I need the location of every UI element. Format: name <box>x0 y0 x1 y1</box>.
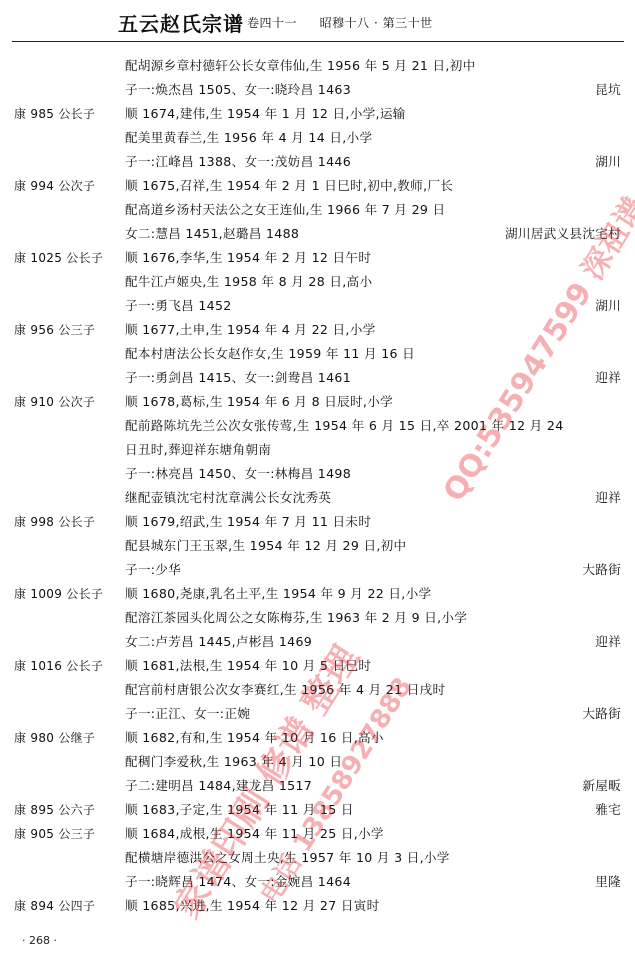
entry-line: 配前路陈坑先兰公次女张传莺,生 1954 年 6 月 15 日,卒 2001 年… <box>0 414 635 438</box>
genealogy-entries: 配胡源乡章村德轩公长女章伟仙,生 1956 年 5 月 21 日,初中子一:焕杰… <box>0 54 635 918</box>
entry-text: 顺 1681,法根,生 1954 年 10 月 5 日巳时 <box>125 654 371 678</box>
entry-text: 顺 1683,子定,生 1954 年 11 月 15 日 <box>125 798 354 822</box>
entry-text: 顺 1676,李华,生 1954 年 2 月 12 日午时 <box>125 246 371 270</box>
entry-text: 顺 1675,召祥,生 1954 年 2 月 1 日巳时,初中,教师,厂长 <box>125 174 453 198</box>
entry-text: 顺 1677,土申,生 1954 年 4 月 22 日,小学 <box>125 318 376 342</box>
residence-place: 迎祥 <box>595 486 621 510</box>
entry-text: 配前路陈坑先兰公次女张传莺,生 1954 年 6 月 15 日,卒 2001 年… <box>125 414 564 438</box>
entry-text: 子一:勇剑昌 1415、女一:剑鸯昌 1461 <box>125 366 351 390</box>
entry-text: 子一:勇飞昌 1452 <box>125 294 232 318</box>
entry-text: 子一:林亮昌 1450、女一:林梅昌 1498 <box>125 462 351 486</box>
entry-text: 配高道乡汤村天法公之女王连仙,生 1966 年 7 月 29 日 <box>125 198 445 222</box>
entry-line: 子一:勇飞昌 1452湖川 <box>0 294 635 318</box>
entry-text: 顺 1678,葛标,生 1954 年 6 月 8 日辰时,小学 <box>125 390 393 414</box>
volume-label: 卷四十一 <box>247 16 297 30</box>
entry-text: 顺 1682,有和,生 1954 年 10 月 16 日,高小 <box>125 726 384 750</box>
residence-place: 迎祥 <box>595 366 621 390</box>
entry-line: 子一:林亮昌 1450、女一:林梅昌 1498 <box>0 462 635 486</box>
entry-text: 女二:卢芳昌 1445,卢彬昌 1469 <box>125 630 312 654</box>
residence-place: 雅宅 <box>595 798 621 822</box>
father-reference: 康 1016 公长子 <box>14 654 103 678</box>
entry-text: 子二:建明昌 1484,建龙昌 1517 <box>125 774 312 798</box>
entry-line: 女二:慧昌 1451,赵璐昌 1488湖川居武义县沈宅村 <box>0 222 635 246</box>
father-reference: 康 905 公三子 <box>14 822 95 846</box>
residence-place: 新屋畈 <box>582 774 621 798</box>
entry-line: 配本村唐法公长女赵作女,生 1959 年 11 月 16 日 <box>0 342 635 366</box>
entry-text: 顺 1684,成根,生 1954 年 11 月 25 日,小学 <box>125 822 384 846</box>
father-reference: 康 980 公继子 <box>14 726 95 750</box>
father-reference: 康 1009 公长子 <box>14 582 103 606</box>
header-divider <box>12 41 624 42</box>
entry-text: 子一:江峰昌 1388、女一:茂妨昌 1446 <box>125 150 351 174</box>
entry-text: 配县城东门王玉翠,生 1954 年 12 月 29 日,初中 <box>125 534 406 558</box>
father-reference: 康 998 公长子 <box>14 510 95 534</box>
entry-text: 子一:晓辉昌 1474、女一:金婉昌 1464 <box>125 870 351 894</box>
entry-text: 配溶江茶园头化周公之女陈梅芬,生 1963 年 2 月 9 日,小学 <box>125 606 467 630</box>
entry-line: 子一:少华大路街 <box>0 558 635 582</box>
entry-text: 配美里黄春兰,生 1956 年 4 月 14 日,小学 <box>125 126 372 150</box>
residence-place: 湖川 <box>595 294 621 318</box>
residence-place: 大路街 <box>582 558 621 582</box>
entry-line: 康 895 公六子顺 1683,子定,生 1954 年 11 月 15 日雅宅 <box>0 798 635 822</box>
entry-line: 康 905 公三子顺 1684,成根,生 1954 年 11 月 25 日,小学 <box>0 822 635 846</box>
residence-place: 迎祥 <box>595 630 621 654</box>
father-reference: 康 1025 公长子 <box>14 246 103 270</box>
entry-line: 康 980 公继子顺 1682,有和,生 1954 年 10 月 16 日,高小 <box>0 726 635 750</box>
entry-text: 配牛江卢姬央,生 1958 年 8 月 28 日,高小 <box>125 270 372 294</box>
entry-line: 康 910 公次子顺 1678,葛标,生 1954 年 6 月 8 日辰时,小学 <box>0 390 635 414</box>
entry-text: 顺 1680,尧康,乳名土平,生 1954 年 9 月 22 日,小学 <box>125 582 431 606</box>
entry-text: 女二:慧昌 1451,赵璐昌 1488 <box>125 222 299 246</box>
entry-line: 子一:正江、女一:正婉大路街 <box>0 702 635 726</box>
entry-text: 配本村唐法公长女赵作女,生 1959 年 11 月 16 日 <box>125 342 415 366</box>
entry-text: 配横塘岸德洪公之女周土央,生 1957 年 10 月 3 日,小学 <box>125 846 450 870</box>
residence-place: 大路街 <box>582 702 621 726</box>
entry-text: 顺 1679,绍武,生 1954 年 7 月 11 日未时 <box>125 510 371 534</box>
entry-line: 子一:江峰昌 1388、女一:茂妨昌 1446湖川 <box>0 150 635 174</box>
entry-line: 配横塘岸德洪公之女周土央,生 1957 年 10 月 3 日,小学 <box>0 846 635 870</box>
entry-line: 继配壶镇沈宅村沈章满公长女沈秀英迎祥 <box>0 486 635 510</box>
entry-line: 康 994 公次子顺 1675,召祥,生 1954 年 2 月 1 日巳时,初中… <box>0 174 635 198</box>
entry-line: 康 956 公三子顺 1677,土申,生 1954 年 4 月 22 日,小学 <box>0 318 635 342</box>
residence-place: 湖川居武义县沈宅村 <box>505 222 621 246</box>
entry-line: 配宫前村唐银公次女李赛红,生 1956 年 4 月 21 日戌时 <box>0 678 635 702</box>
entry-line: 康 1016 公长子顺 1681,法根,生 1954 年 10 月 5 日巳时 <box>0 654 635 678</box>
entry-line: 子一:晓辉昌 1474、女一:金婉昌 1464里隆 <box>0 870 635 894</box>
entry-text: 子一:少华 <box>125 558 181 582</box>
entry-line: 子二:建明昌 1484,建龙昌 1517新屋畈 <box>0 774 635 798</box>
entry-line: 配县城东门王玉翠,生 1954 年 12 月 29 日,初中 <box>0 534 635 558</box>
entry-line: 配溶江茶园头化周公之女陈梅芬,生 1963 年 2 月 9 日,小学 <box>0 606 635 630</box>
entry-text: 子一:正江、女一:正婉 <box>125 702 250 726</box>
entry-text: 日丑时,葬迎祥东塘角朝南 <box>125 438 271 462</box>
subtitle-separator: · <box>374 16 378 30</box>
generation-label: 第三十世 <box>383 16 433 30</box>
father-reference: 康 910 公次子 <box>14 390 95 414</box>
page-header: 五云赵氏宗谱 · 卷四十一 昭穆十八 · 第三十世 <box>0 0 635 44</box>
title-separator: · <box>234 12 239 28</box>
father-reference: 康 994 公次子 <box>14 174 95 198</box>
father-reference: 康 985 公长子 <box>14 102 95 126</box>
page-number: · 268 · <box>22 934 57 947</box>
residence-place: 湖川 <box>595 150 621 174</box>
entry-text: 配稠门李爱秋,生 1963 年 4 月 10 日 <box>125 750 342 774</box>
section-subtitle: 卷四十一 昭穆十八 · 第三十世 <box>247 14 433 31</box>
entry-line: 康 894 公四子顺 1685,兴进,生 1954 年 12 月 27 日寅时 <box>0 894 635 918</box>
entry-text: 配胡源乡章村德轩公长女章伟仙,生 1956 年 5 月 21 日,初中 <box>125 54 476 78</box>
father-reference: 康 895 公六子 <box>14 798 95 822</box>
entry-line: 康 985 公长子顺 1674,建伟,生 1954 年 1 月 12 日,小学,… <box>0 102 635 126</box>
entry-line: 配稠门李爱秋,生 1963 年 4 月 10 日 <box>0 750 635 774</box>
entry-line: 康 1009 公长子顺 1680,尧康,乳名土平,生 1954 年 9 月 22… <box>0 582 635 606</box>
entry-line: 配高道乡汤村天法公之女王连仙,生 1966 年 7 月 29 日 <box>0 198 635 222</box>
entry-line: 配美里黄春兰,生 1956 年 4 月 14 日,小学 <box>0 126 635 150</box>
book-title: 五云赵氏宗谱 <box>118 8 244 37</box>
entry-text: 顺 1685,兴进,生 1954 年 12 月 27 日寅时 <box>125 894 380 918</box>
father-reference: 康 894 公四子 <box>14 894 95 918</box>
entry-line: 配牛江卢姬央,生 1958 年 8 月 28 日,高小 <box>0 270 635 294</box>
entry-line: 子一:焕杰昌 1505、女一:晓玲昌 1463昆坑 <box>0 78 635 102</box>
entry-line: 康 1025 公长子顺 1676,李华,生 1954 年 2 月 12 日午时 <box>0 246 635 270</box>
entry-text: 子一:焕杰昌 1505、女一:晓玲昌 1463 <box>125 78 351 102</box>
entry-text: 配宫前村唐银公次女李赛红,生 1956 年 4 月 21 日戌时 <box>125 678 445 702</box>
entry-line: 子一:勇剑昌 1415、女一:剑鸯昌 1461迎祥 <box>0 366 635 390</box>
residence-place: 里隆 <box>595 870 621 894</box>
entry-line: 配胡源乡章村德轩公长女章伟仙,生 1956 年 5 月 21 日,初中 <box>0 54 635 78</box>
entry-line: 女二:卢芳昌 1445,卢彬昌 1469迎祥 <box>0 630 635 654</box>
entry-text: 顺 1674,建伟,生 1954 年 1 月 12 日,小学,运输 <box>125 102 406 126</box>
branch-label: 昭穆十八 <box>320 16 370 30</box>
entry-text: 继配壶镇沈宅村沈章满公长女沈秀英 <box>125 486 331 510</box>
father-reference: 康 956 公三子 <box>14 318 95 342</box>
entry-line: 日丑时,葬迎祥东塘角朝南 <box>0 438 635 462</box>
entry-line: 康 998 公长子顺 1679,绍武,生 1954 年 7 月 11 日未时 <box>0 510 635 534</box>
residence-place: 昆坑 <box>595 78 621 102</box>
